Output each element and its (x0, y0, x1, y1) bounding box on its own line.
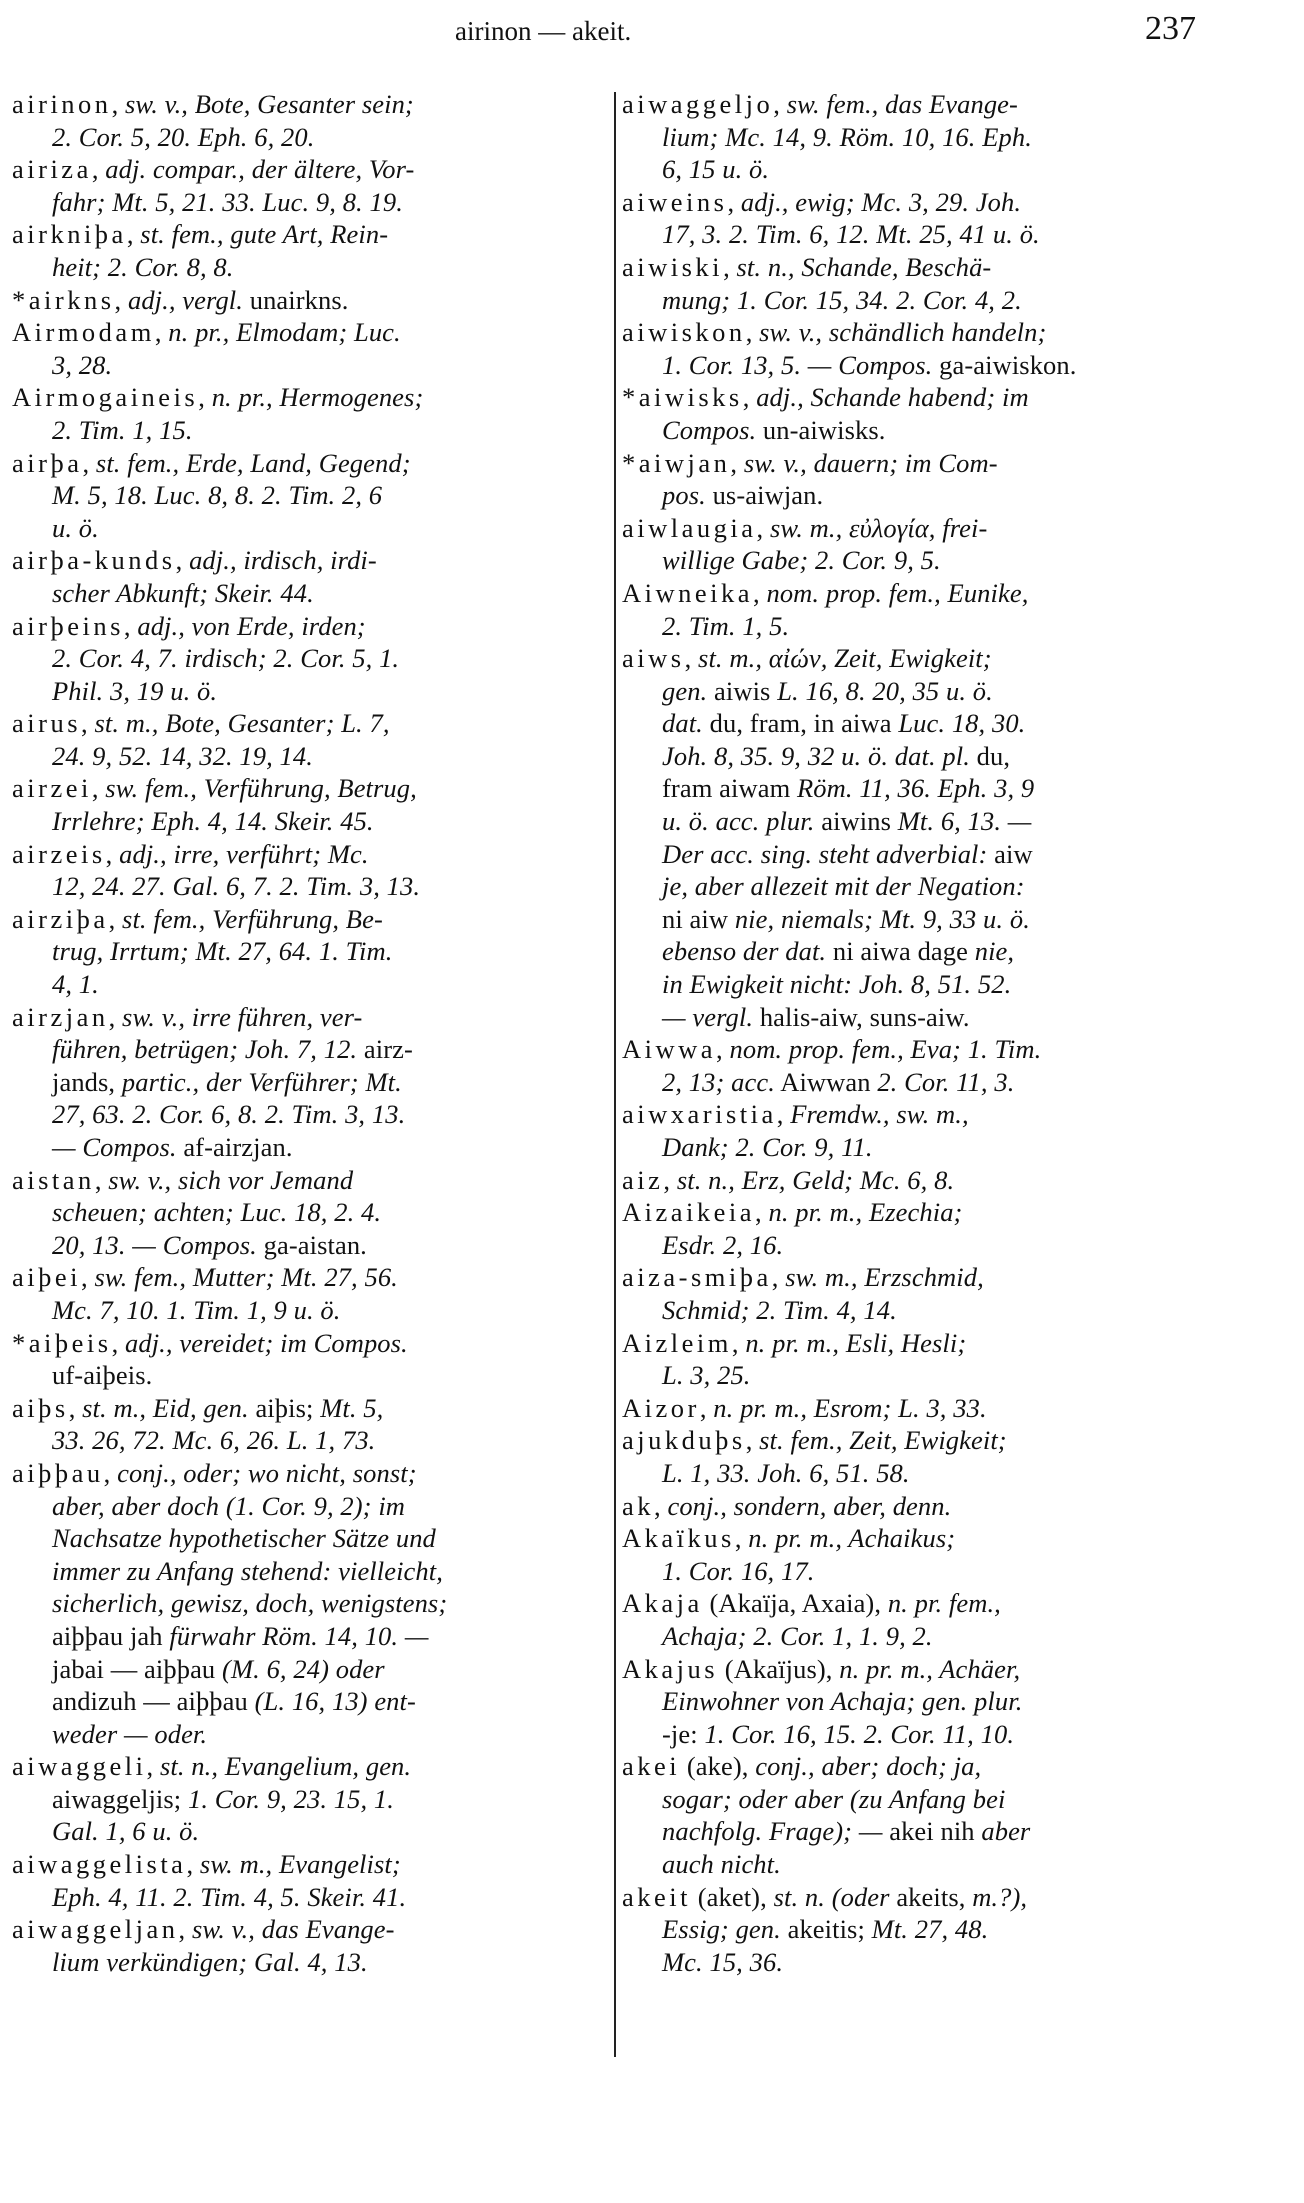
entry-continuation: Irrlehre; Eph. 4, 14. Skeir. 45. (12, 805, 612, 838)
left-column: airinon, sw. v., Bote, Gesanter sein;2. … (12, 88, 612, 1978)
entry-continuation: Joh. 8, 35. 9, 32 u. ö. dat. pl. du, (622, 740, 1222, 773)
gothic-text: aiþþau jah (52, 1621, 169, 1651)
entry-headline: Akaja (Akaïja, Axaia), n. pr. fem., (622, 1587, 1222, 1620)
gothic-text: , (104, 1458, 117, 1488)
definition-text: mung; 1. Cor. 15, 34. 2. Cor. 4, 2. (662, 285, 1022, 315)
entry-continuation: pos. us-aiwjan. (622, 479, 1222, 512)
gothic-text: , (92, 773, 105, 803)
headword: Akaïkus (622, 1523, 735, 1553)
entry-continuation: Dank; 2. Cor. 9, 11. (622, 1131, 1222, 1164)
gothic-text: (Akaïja, Axaia), (703, 1588, 888, 1618)
entry-continuation: 2. Tim. 1, 5. (622, 610, 1222, 643)
gothic-text: Aiwwan (775, 1067, 877, 1097)
headword: Akaja (622, 1588, 703, 1618)
gothic-text: , (773, 89, 786, 119)
headword: aiwaggeljan (12, 1914, 179, 1944)
definition-text: lium verkündigen; Gal. 4, 13. (52, 1947, 368, 1977)
definition-text: fürwahr Röm. 14, 10. — (169, 1621, 428, 1651)
definition-text: n. pr. fem., (888, 1588, 1001, 1618)
entry-continuation: 1. Cor. 13, 5. — Compos. ga-aiwiskon. (622, 349, 1222, 382)
entry-headline: airzjan, sw. v., irre führen, ver- (12, 1001, 612, 1034)
entry-continuation: 4, 1. (12, 968, 612, 1001)
gothic-text: andizuh — aiþþau (52, 1686, 255, 1716)
entry-continuation: jabai — aiþþau (M. 6, 24) oder (12, 1653, 612, 1686)
gothic-text: uf-aiþeis. (52, 1360, 152, 1390)
entry-headline: aiws, st. m., αἰών, Zeit, Ewigkeit; (622, 642, 1222, 675)
headword: airus (12, 708, 81, 738)
gothic-text: (ake), (680, 1751, 755, 1781)
headword: aiwaggelista (12, 1849, 186, 1879)
headword: airþa (12, 448, 82, 478)
gothic-text: akeitis; (781, 1914, 872, 1944)
entry-headline: Aizaikeia, n. pr. m., Ezechia; (622, 1196, 1222, 1229)
definition-text: sw. fem., das Evange- (787, 89, 1018, 119)
definition-text: Mt. 6, 13. — (898, 806, 1032, 836)
definition-text: adj., von Erde, irden; (137, 611, 365, 641)
definition-text: 2. Cor. 5, 20. Eph. 6, 20. (52, 122, 314, 152)
headword: aiþþau (12, 1458, 104, 1488)
gothic-text: , (147, 1751, 160, 1781)
definition-text: n. pr., Hermogenes; (212, 382, 424, 412)
gothic-text: du, fram, in aiwa (703, 708, 898, 738)
definition-text: Eph. 4, 11. 2. Tim. 4, 5. Skeir. 41. (52, 1882, 406, 1912)
entry-continuation: ebenso der dat. ni aiwa dage nie, (622, 935, 1222, 968)
definition-text: 2. Cor. 4, 7. irdisch; 2. Cor. 5, 1. (52, 643, 399, 673)
headword: airzjan (12, 1002, 109, 1032)
headword: aistan (12, 1165, 95, 1195)
entry-continuation: L. 3, 25. (622, 1359, 1222, 1392)
entry-headline: Airmodam, n. pr., Elmodam; Luc. (12, 316, 612, 349)
definition-text: st. fem., Erde, Land, Gegend; (96, 448, 411, 478)
headword: aiz (622, 1165, 663, 1195)
entry-headline: airzei, sw. fem., Verführung, Betrug, (12, 772, 612, 805)
definition-text: scher Abkunft; Skeir. 44. (52, 578, 314, 608)
gothic-text: akei nih (883, 1816, 982, 1846)
headword: aiwaggeljo (622, 89, 773, 119)
headword: Aizor (622, 1393, 700, 1423)
entry-continuation: 20, 13. — Compos. ga-aistan. (12, 1229, 612, 1262)
entry-headline: airiza, adj. compar., der ältere, Vor- (12, 153, 612, 186)
entry-continuation: uf-aiþeis. (12, 1359, 612, 1392)
definition-text: 4, 1. (52, 969, 99, 999)
gothic-text: aiwis (707, 676, 777, 706)
headword: Aizleim (622, 1328, 732, 1358)
page-number: 237 (1145, 10, 1196, 48)
headword: airþa-kunds (12, 545, 176, 575)
gothic-text: , (198, 382, 211, 412)
definition-text: — vergl. (662, 1002, 753, 1032)
entry-continuation: in Ewigkeit nicht: Joh. 8, 51. 52. (622, 968, 1222, 1001)
entry-continuation: aber, aber doch (1. Cor. 9, 2); im (12, 1490, 612, 1523)
definition-text: sw. v., Bote, Gesanter sein; (125, 89, 414, 119)
entry-headline: aiwaggeljan, sw. v., das Evange- (12, 1913, 612, 1946)
headword: aiwxaristia (622, 1099, 777, 1129)
definition-text: 24. 9, 52. 14, 32. 19, 14. (52, 741, 313, 771)
gothic-text: un-aiwisks. (756, 415, 885, 445)
definition-text: conj., aber; doch; ja, (755, 1751, 981, 1781)
gothic-text: aiw (987, 839, 1032, 869)
entry-headline: ajukduþs, st. fem., Zeit, Ewigkeit; (622, 1424, 1222, 1457)
gothic-text: , (82, 448, 95, 478)
definition-text: Mc. 15, 36. (662, 1947, 783, 1977)
definition-text: adj., vereidet; im Compos. (125, 1328, 408, 1358)
gothic-text: , (155, 317, 168, 347)
definition-text: 1. Cor. 16, 15. 2. Cor. 11, 10. (704, 1719, 1014, 1749)
entry-headline: *aiwjan, sw. v., dauern; im Com- (622, 447, 1222, 480)
gothic-text: , (730, 448, 743, 478)
gothic-text: , (81, 708, 94, 738)
definition-text: adj. compar., der ältere, Vor- (105, 154, 414, 184)
headword: aiwaggeli (12, 1751, 147, 1781)
definition-text: partic., der Verführer; Mt. (122, 1067, 402, 1097)
headword: airþeins (12, 611, 124, 641)
gothic-text: , (753, 578, 766, 608)
definition-text: aber, aber doch (1. Cor. 9, 2); im (52, 1491, 405, 1521)
gothic-text: , (186, 1849, 199, 1879)
definition-text: pos. (662, 480, 706, 510)
definition-text: 2. Tim. 1, 5. (662, 611, 789, 641)
entry-continuation: Compos. un-aiwisks. (622, 414, 1222, 447)
gothic-text: ga-aistan. (257, 1230, 367, 1260)
gothic-text: , (757, 513, 770, 543)
gothic-text: , (124, 611, 137, 641)
entry-continuation: führen, betrügen; Joh. 7, 12. airz- (12, 1033, 612, 1066)
gothic-text: unairkns. (243, 285, 349, 315)
gothic-text: , (727, 187, 740, 217)
entry-headline: aiþþau, conj., oder; wo nicht, sonst; (12, 1457, 612, 1490)
definition-text: scheuen; achten; Luc. 18, 2. 4. (52, 1197, 381, 1227)
entry-continuation: jands, partic., der Verführer; Mt. (12, 1066, 612, 1099)
entry-headline: aiz, st. n., Erz, Geld; Mc. 6, 8. (622, 1164, 1222, 1197)
entry-headline: Airmogaineis, n. pr., Hermogenes; (12, 381, 612, 414)
entry-continuation: mung; 1. Cor. 15, 34. 2. Cor. 4, 2. (622, 284, 1222, 317)
gothic-text: , (723, 252, 736, 282)
headword: Airmogaineis (12, 382, 198, 412)
gothic-text: , (109, 904, 122, 934)
headword: airinon (12, 89, 112, 119)
entry-continuation: Gal. 1, 6 u. ö. (12, 1815, 612, 1848)
definition-text: sw. m., Evangelist; (200, 1849, 401, 1879)
entry-headline: *airkns, adj., vergl. unairkns. (12, 284, 612, 317)
gothic-text: , (127, 219, 140, 249)
definition-text: immer zu Anfang stehend: vielleicht, (52, 1556, 443, 1586)
entry-headline: airþa, st. fem., Erde, Land, Gegend; (12, 447, 612, 480)
definition-text: willige Gabe; 2. Cor. 9, 5. (662, 545, 941, 575)
definition-text: (M. 6, 24) oder (222, 1654, 385, 1684)
entry-headline: airus, st. m., Bote, Gesanter; L. 7, (12, 707, 612, 740)
gothic-text: , (176, 545, 189, 575)
entry-continuation: 2, 13; acc. Aiwwan 2. Cor. 11, 3. (622, 1066, 1222, 1099)
gothic-text: , (654, 1491, 667, 1521)
gothic-text: aiþis; (249, 1393, 320, 1423)
entry-headline: Aizleim, n. pr. m., Esli, Hesli; (622, 1327, 1222, 1360)
entry-headline: aiwiskon, sw. v., schändlich handeln; (622, 316, 1222, 349)
definition-text: m.?), (972, 1882, 1027, 1912)
entry-continuation: L. 1, 33. Joh. 6, 51. 58. (622, 1457, 1222, 1490)
entry-continuation: 2. Tim. 1, 15. (12, 414, 612, 447)
gothic-text: , (92, 154, 105, 184)
definition-text: sw. m., Erzschmid, (785, 1262, 984, 1292)
gothic-text: , (685, 643, 698, 673)
gothic-text: du, (970, 741, 1010, 771)
definition-text: lium; Mc. 14, 9. Röm. 10, 16. Eph. (662, 122, 1032, 152)
headword: airziþa (12, 904, 109, 934)
entry-continuation: fram aiwam Röm. 11, 36. Eph. 3, 9 (622, 772, 1222, 805)
definition-text: Der acc. sing. steht adverbial: (662, 839, 987, 869)
gothic-text: halis-aiw, suns-aiw. (753, 1002, 970, 1032)
definition-text: n. pr. m., Ezechia; (768, 1197, 962, 1227)
definition-text: 2, 13; acc. (662, 1067, 775, 1097)
definition-text: — Compos. (52, 1132, 177, 1162)
entry-headline: airzeis, adj., irre, verführt; Mc. (12, 838, 612, 871)
entry-continuation: trug, Irrtum; Mt. 27, 64. 1. Tim. (12, 935, 612, 968)
definition-text: st. m., Bote, Gesanter; L. 7, (94, 708, 389, 738)
definition-text: st. fem., gute Art, Rein- (140, 219, 388, 249)
headword: aiweins (622, 187, 727, 217)
definition-text: Achaja; 2. Cor. 1, 1. 9, 2. (662, 1621, 933, 1651)
headword: airkniþa (12, 219, 127, 249)
definition-text: st. m., αἰών, Zeit, Ewigkeit; (698, 643, 992, 673)
headword: Aizaikeia (622, 1197, 755, 1227)
entry-headline: akeit (aket), st. n. (oder akeits, m.?), (622, 1881, 1222, 1914)
gothic-text: , (755, 1197, 768, 1227)
entry-continuation: Eph. 4, 11. 2. Tim. 4, 5. Skeir. 41. (12, 1881, 612, 1914)
definition-text: sw. v., irre führen, ver- (122, 1002, 362, 1032)
entry-continuation: sogar; oder aber (zu Anfang bei (622, 1783, 1222, 1816)
definition-text: 1. Cor. 16, 17. (662, 1556, 814, 1586)
entry-continuation: Einwohner von Achaja; gen. plur. (622, 1685, 1222, 1718)
headword: Aiwneika (622, 578, 753, 608)
headword: airiza (12, 154, 92, 184)
definition-text: adj., Schande habend; im (756, 382, 1029, 412)
entry-headline: Aizor, n. pr. m., Esrom; L. 3, 33. (622, 1392, 1222, 1425)
entry-headline: airkniþa, st. fem., gute Art, Rein- (12, 218, 612, 251)
definition-text: conj., sondern, aber, denn. (667, 1491, 951, 1521)
entry-continuation: Esdr. 2, 16. (622, 1229, 1222, 1262)
gothic-text: aiwins (815, 806, 898, 836)
definition-text: Gal. 1, 6 u. ö. (52, 1816, 199, 1846)
headword: *airkns (12, 285, 115, 315)
definition-text: 27, 63. 2. Cor. 6, 8. 2. Tim. 3, 13. (52, 1099, 405, 1129)
entry-headline: aiþei, sw. fem., Mutter; Mt. 27, 56. (12, 1261, 612, 1294)
definition-text: Schmid; 2. Tim. 4, 14. (662, 1295, 897, 1325)
gothic-text: , (81, 1262, 94, 1292)
entry-continuation: aiwaggeljis; 1. Cor. 9, 23. 15, 1. (12, 1783, 612, 1816)
definition-text: Compos. (662, 415, 756, 445)
gothic-text: , (735, 1523, 748, 1553)
definition-text: sw. fem., Mutter; Mt. 27, 56. (94, 1262, 397, 1292)
entry-headline: airinon, sw. v., Bote, Gesanter sein; (12, 88, 612, 121)
definition-text: fahr; Mt. 5, 21. 33. Luc. 9, 8. 19. (52, 187, 403, 217)
entry-continuation: scheuen; achten; Luc. 18, 2. 4. (12, 1196, 612, 1229)
entry-headline: aistan, sw. v., sich vor Jemand (12, 1164, 612, 1197)
headword: aiws (622, 643, 685, 673)
headword: Airmodam (12, 317, 155, 347)
entry-continuation: Nachsatze hypothetischer Sätze und (12, 1522, 612, 1555)
entry-headline: aiweins, adj., ewig; Mc. 3, 29. Joh. (622, 186, 1222, 219)
gothic-text: af-airzjan. (177, 1132, 293, 1162)
gothic-text: jabai — aiþþau (52, 1654, 222, 1684)
entry-continuation: 2. Cor. 4, 7. irdisch; 2. Cor. 5, 1. (12, 642, 612, 675)
definition-text: 6, 15 u. ö. (662, 154, 769, 184)
definition-text: st. n., Erz, Geld; Mc. 6, 8. (677, 1165, 954, 1195)
entry-continuation: scher Abkunft; Skeir. 44. (12, 577, 612, 610)
definition-text: M. 5, 18. Luc. 8, 8. 2. Tim. 2, 6 (52, 480, 382, 510)
entry-continuation: — vergl. halis-aiw, suns-aiw. (622, 1001, 1222, 1034)
definition-text: n. pr. m., Achaikus; (748, 1523, 955, 1553)
gothic-text: , (69, 1393, 82, 1423)
definition-text: nachfolg. Frage); — (662, 1816, 883, 1846)
entry-continuation: heit; 2. Cor. 8, 8. (12, 251, 612, 284)
definition-text: Mc. 7, 10. 1. Tim. 1, 9 u. ö. (52, 1295, 341, 1325)
definition-text: n. pr. m., Esrom; L. 3, 33. (713, 1393, 986, 1423)
definition-text: u. ö. (52, 513, 99, 543)
definition-text: L. 16, 8. 20, 35 u. ö. (777, 676, 993, 706)
definition-text: sw. v., dauern; im Com- (744, 448, 998, 478)
definition-text: n. pr., Elmodam; Luc. (168, 317, 401, 347)
headword: ak (622, 1491, 654, 1521)
definition-text: aber (981, 1816, 1030, 1846)
gothic-text: , (700, 1393, 713, 1423)
right-column: aiwaggeljo, sw. fem., das Evange-lium; M… (622, 88, 1222, 1978)
gothic-text: , (95, 1165, 108, 1195)
gothic-text: , (106, 839, 119, 869)
gothic-text: , (663, 1165, 676, 1195)
entry-headline: aiwaggeli, st. n., Evangelium, gen. (12, 1750, 612, 1783)
definition-text: st. m., Eid, gen. (82, 1393, 249, 1423)
gothic-text: , (115, 285, 128, 315)
entry-continuation: willige Gabe; 2. Cor. 9, 5. (622, 544, 1222, 577)
entry-continuation: Mc. 7, 10. 1. Tim. 1, 9 u. ö. (12, 1294, 612, 1327)
definition-text: Esdr. 2, 16. (662, 1230, 783, 1260)
headword: aiwiski (622, 252, 723, 282)
entry-continuation: 17, 3. 2. Tim. 6, 12. Mt. 25, 41 u. ö. (622, 218, 1222, 251)
running-head: airinon — akeit. (455, 16, 631, 47)
definition-text: Mt. 27, 48. (872, 1914, 989, 1944)
headword: *aiwjan (622, 448, 730, 478)
entry-continuation: aiþþau jah fürwahr Röm. 14, 10. — (12, 1620, 612, 1653)
definition-text: 3, 28. (52, 350, 112, 380)
definition-text: st. n. (oder (774, 1882, 890, 1912)
definition-text: 1. Cor. 9, 23. 15, 1. (188, 1784, 394, 1814)
definition-text: Irrlehre; Eph. 4, 14. Skeir. 45. (52, 806, 374, 836)
entry-continuation: Achaja; 2. Cor. 1, 1. 9, 2. (622, 1620, 1222, 1653)
gothic-text: aiwaggeljis; (52, 1784, 188, 1814)
definition-text: st. fem., Zeit, Ewigkeit; (759, 1425, 1007, 1455)
definition-text: sw. fem., Verführung, Betrug, (105, 773, 417, 803)
gothic-text: , (716, 1034, 729, 1064)
entry-continuation: -je: 1. Cor. 16, 15. 2. Cor. 11, 10. (622, 1718, 1222, 1751)
definition-text: 33. 26, 72. Mc. 6, 26. L. 1, 73. (52, 1425, 375, 1455)
headword: Aiwwa (622, 1034, 716, 1064)
definition-text: 17, 3. 2. Tim. 6, 12. Mt. 25, 41 u. ö. (662, 219, 1040, 249)
entry-headline: Aiwneika, nom. prop. fem., Eunike, (622, 577, 1222, 610)
definition-text: Mt. 5, (320, 1393, 383, 1423)
entry-continuation: — Compos. af-airzjan. (12, 1131, 612, 1164)
gothic-text: airz- (357, 1034, 413, 1064)
entry-continuation: u. ö. acc. plur. aiwins Mt. 6, 13. — (622, 805, 1222, 838)
entry-headline: Akajus (Akaïjus), n. pr. m., Achäer, (622, 1653, 1222, 1686)
entry-headline: aiwiski, st. n., Schande, Beschä- (622, 251, 1222, 284)
definition-text: conj., oder; wo nicht, sonst; (117, 1458, 417, 1488)
definition-text: führen, betrügen; Joh. 7, 12. (52, 1034, 357, 1064)
entry-continuation: andizuh — aiþþau (L. 16, 13) ent- (12, 1685, 612, 1718)
entry-continuation: nachfolg. Frage); — akei nih aber (622, 1815, 1222, 1848)
gothic-text: , (772, 1262, 785, 1292)
gothic-text: (Akaïjus), (718, 1654, 839, 1684)
definition-text: Dank; 2. Cor. 9, 11. (662, 1132, 873, 1162)
definition-text: sicherlich, gewisz, doch, wenigstens; (52, 1588, 447, 1618)
entry-headline: aiþs, st. m., Eid, gen. aiþis; Mt. 5, (12, 1392, 612, 1425)
gothic-text: , (743, 382, 756, 412)
definition-text: Luc. 18, 30. (898, 708, 1025, 738)
definition-text: sw. v., das Evange- (192, 1914, 395, 1944)
entry-headline: *aiþeis, adj., vereidet; im Compos. (12, 1327, 612, 1360)
gothic-text: (aket), (691, 1882, 774, 1912)
entry-continuation: Mc. 15, 36. (622, 1946, 1222, 1979)
entry-continuation: fahr; Mt. 5, 21. 33. Luc. 9, 8. 19. (12, 186, 612, 219)
entry-headline: aiwaggelista, sw. m., Evangelist; (12, 1848, 612, 1881)
headword: aiþs (12, 1393, 69, 1423)
gothic-text: us-aiwjan. (706, 480, 823, 510)
entry-continuation: 6, 15 u. ö. (622, 153, 1222, 186)
definition-text: sw. v., schändlich handeln; (759, 317, 1046, 347)
headword: Akajus (622, 1654, 718, 1684)
entry-continuation: 1. Cor. 16, 17. (622, 1555, 1222, 1588)
definition-text: heit; 2. Cor. 8, 8. (52, 252, 234, 282)
definition-text: weder — oder. (52, 1719, 207, 1749)
headword: aiwlaugia (622, 513, 757, 543)
entry-continuation: 27, 63. 2. Cor. 6, 8. 2. Tim. 3, 13. (12, 1098, 612, 1131)
headword: aiwiskon (622, 317, 746, 347)
entry-headline: Akaïkus, n. pr. m., Achaikus; (622, 1522, 1222, 1555)
entry-continuation: M. 5, 18. Luc. 8, 8. 2. Tim. 2, 6 (12, 479, 612, 512)
headword: *aiwisks (622, 382, 743, 412)
gothic-text: , (112, 89, 125, 119)
entry-continuation: dat. du, fram, in aiwa Luc. 18, 30. (622, 707, 1222, 740)
definition-text: nom. prop. fem., Eunike, (766, 578, 1028, 608)
entry-continuation: lium verkündigen; Gal. 4, 13. (12, 1946, 612, 1979)
entry-headline: Aiwwa, nom. prop. fem., Eva; 1. Tim. (622, 1033, 1222, 1066)
headword: aiþei (12, 1262, 81, 1292)
definition-text: L. 1, 33. Joh. 6, 51. 58. (662, 1458, 910, 1488)
definition-text: L. 3, 25. (662, 1360, 751, 1390)
definition-text: adj., ewig; Mc. 3, 29. Joh. (741, 187, 1021, 217)
definition-text: sw. v., sich vor Jemand (108, 1165, 353, 1195)
definition-text: n. pr. m., Esli, Hesli; (745, 1328, 966, 1358)
entry-headline: airziþa, st. fem., Verführung, Be- (12, 903, 612, 936)
entry-headline: airþeins, adj., von Erde, irden; (12, 610, 612, 643)
definition-text: adj., vergl. (128, 285, 243, 315)
entry-continuation: weder — oder. (12, 1718, 612, 1751)
definition-text: sogar; oder aber (zu Anfang bei (662, 1784, 1005, 1814)
definition-text: 2. Cor. 11, 3. (877, 1067, 1014, 1097)
definition-text: nie, niemals; Mt. 9, 33 u. ö. (735, 904, 1030, 934)
gothic-text: , (179, 1914, 192, 1944)
definition-text: Einwohner von Achaja; gen. plur. (662, 1686, 1022, 1716)
entry-continuation: gen. aiwis L. 16, 8. 20, 35 u. ö. (622, 675, 1222, 708)
page-header: airinon — akeit. 237 (0, 6, 1304, 56)
gothic-text: -je: (662, 1719, 704, 1749)
definition-text: in Ewigkeit nicht: Joh. 8, 51. 52. (662, 969, 1011, 999)
headword: aiza-smiþa (622, 1262, 772, 1292)
entry-headline: *aiwisks, adj., Schande habend; im (622, 381, 1222, 414)
entry-continuation: 33. 26, 72. Mc. 6, 26. L. 1, 73. (12, 1424, 612, 1457)
gothic-text: ni aiw (662, 904, 735, 934)
gothic-text: , (777, 1099, 790, 1129)
gothic-text: , (732, 1328, 745, 1358)
definition-text: je, aber allezeit mit der Negation: (662, 871, 1025, 901)
